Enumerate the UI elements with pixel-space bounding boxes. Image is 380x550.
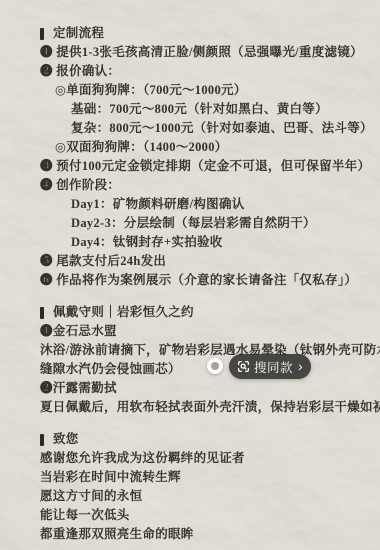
search-same-item-button[interactable]: 搜同款 › bbox=[229, 354, 311, 379]
section-heading-label: 致您 bbox=[53, 430, 79, 449]
doc-line: 沐浴/游泳前请摘下，矿物岩彩层遇水易晕染（钛钢外壳可防水，但 bbox=[40, 341, 380, 360]
chevron-right-icon: › bbox=[298, 359, 303, 373]
section-to-you: 致您 感谢您允许我成为这份羁绊的见证者 当岩彩在时间中流转生辉 愿这方寸间的永恒… bbox=[40, 430, 380, 544]
heading-bar-icon bbox=[40, 28, 44, 40]
doc-line: 都重逢那双照亮生命的眼眸 bbox=[40, 525, 380, 544]
doc-line: ❹ 创作阶段： bbox=[40, 176, 380, 195]
section-heading-label: 佩戴守则｜岩彩恒久之约 bbox=[53, 303, 194, 322]
doc-line: Day1：矿物颜料研磨/构图确认 bbox=[71, 195, 380, 214]
doc-line: ❺ 尾款支付后24h发出 bbox=[40, 252, 380, 271]
section-heading: 佩戴守则｜岩彩恒久之约 bbox=[40, 303, 380, 322]
doc-line: ❸ 预付100元定金锁定排期（定金不可退，但可保留半年） bbox=[40, 157, 380, 176]
doc-line: ◎双面狗狗牌：（1400～2000） bbox=[55, 138, 380, 157]
doc-line: ❶金石忌水盟 bbox=[40, 322, 380, 341]
section-heading-label: 定制流程 bbox=[53, 24, 104, 43]
doc-line: 能让每一次低头 bbox=[40, 506, 380, 525]
doc-line: 夏日佩戴后，用软布轻拭表面外壳汗渍，保持岩彩层干燥如初 bbox=[40, 398, 380, 417]
doc-line: ❷ 报价确认： bbox=[40, 62, 380, 81]
doc-line: 当岩彩在时间中流转生辉 bbox=[40, 468, 380, 487]
document: 定制流程 ❶ 提供1-3张毛孩高清正脸/侧颜照（忌强曝光/重度滤镜） ❷ 报价确… bbox=[0, 0, 380, 550]
doc-line: 愿这方寸间的永恒 bbox=[40, 487, 380, 506]
doc-line: Day4：钛钢封存+实拍验收 bbox=[71, 233, 380, 252]
note-image-canvas: 定制流程 ❶ 提供1-3张毛孩高清正脸/侧颜照（忌强曝光/重度滤镜） ❷ 报价确… bbox=[0, 0, 380, 550]
section-heading: 定制流程 bbox=[40, 24, 380, 43]
search-same-item-label: 搜同款 bbox=[254, 358, 293, 376]
doc-line: 感谢您允许我成为这份羁绊的见证者 bbox=[40, 449, 380, 468]
product-tag-anchor-dot[interactable] bbox=[207, 358, 223, 374]
doc-line: 复杂：800元～1000元（针对如泰迪、巴哥、法斗等） bbox=[71, 119, 380, 138]
doc-line: 基础：700元～800元（针对如黑白、黄白等） bbox=[71, 100, 380, 119]
image-search-icon bbox=[237, 360, 250, 373]
heading-bar-icon bbox=[40, 307, 44, 319]
doc-line: ❶ 提供1-3张毛孩高清正脸/侧颜照（忌强曝光/重度滤镜） bbox=[40, 43, 380, 62]
section-custom-process: 定制流程 ❶ 提供1-3张毛孩高清正脸/侧颜照（忌强曝光/重度滤镜） ❷ 报价确… bbox=[40, 24, 380, 290]
doc-line: ❷汗露需勤拭 bbox=[40, 379, 380, 398]
doc-line: ❻ 作品将作为案例展示（介意的家长请备注「仅私存」） bbox=[40, 271, 380, 290]
doc-line: Day2-3：分层绘制（每层岩彩需自然阴干） bbox=[71, 214, 380, 233]
doc-line: ◎单面狗狗牌：（700元～1000元） bbox=[55, 81, 380, 100]
heading-bar-icon bbox=[40, 434, 44, 446]
section-heading: 致您 bbox=[40, 430, 380, 449]
